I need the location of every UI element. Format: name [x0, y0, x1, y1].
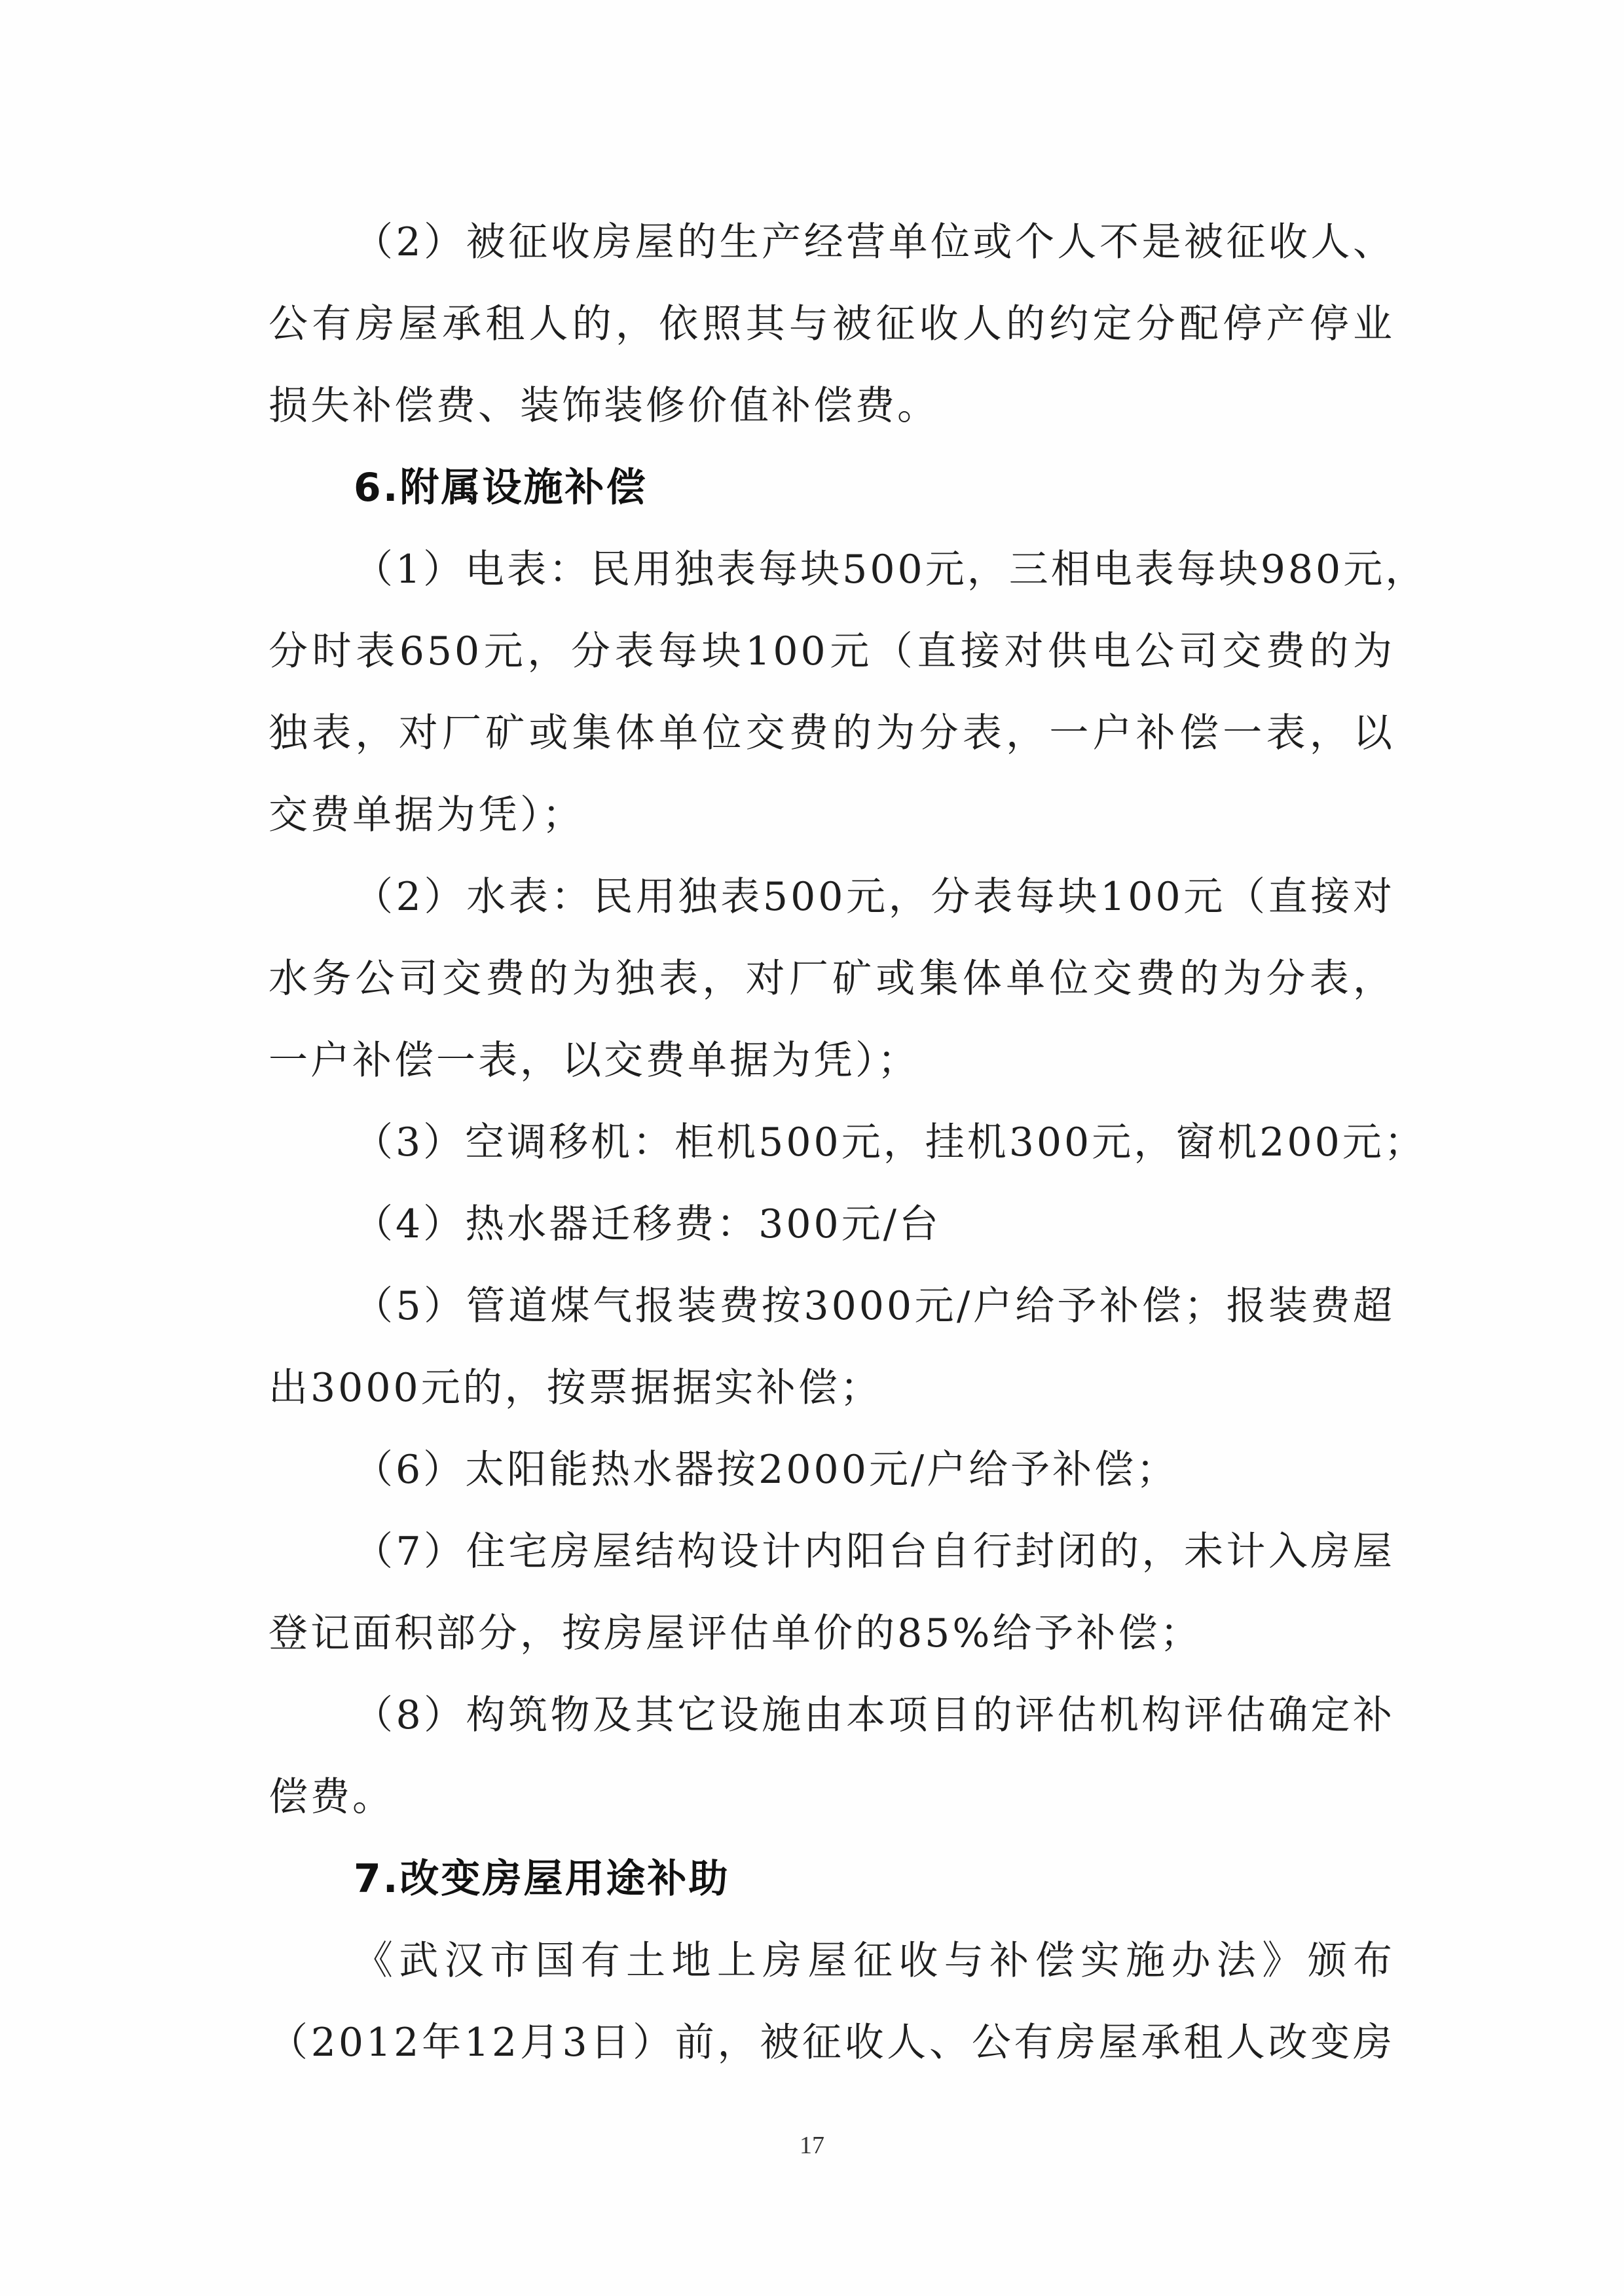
paragraph-line: （5）管道煤气报装费按3000元/户给予补偿；报装费超 — [354, 1277, 1395, 1336]
paragraph-line: （2）水表：民用独表500元，分表每块100元（直接对 — [354, 867, 1395, 926]
section-heading-7: 7.改变房屋用途补助 — [354, 1850, 1395, 1908]
document-page: （2）被征收房屋的生产经营单位或个人不是被征收人、 公有房屋承租人的，依照其与被… — [0, 0, 1624, 2296]
paragraph-line: 公有房屋承租人的，依照其与被征收人的约定分配停产停业 — [268, 295, 1395, 354]
paragraph-line: （2012年12月3日）前，被征收人、公有房屋承租人改变房 — [268, 2013, 1395, 2072]
paragraph-line: （2）被征收房屋的生产经营单位或个人不是被征收人、 — [354, 213, 1395, 272]
paragraph-line: （8）构筑物及其它设施由本项目的评估机构评估确定补 — [354, 1686, 1395, 1745]
paragraph-line: 出3000元的，按票据据实补偿； — [268, 1358, 1395, 1417]
paragraph-line: 一户补偿一表，以交费单据为凭）； — [268, 1031, 1395, 1090]
paragraph-line: 偿费。 — [268, 1768, 1395, 1827]
paragraph-line: 损失补偿费、装饰装修价值补偿费。 — [268, 376, 1395, 435]
section-heading-6: 6.附属设施补偿 — [354, 458, 1395, 517]
paragraph-line: 分时表650元，分表每块100元（直接对供电公司交费的为 — [268, 622, 1395, 681]
paragraph-line: （6）太阳能热水器按2000元/户给予补偿； — [354, 1440, 1395, 1499]
paragraph-line: 交费单据为凭）； — [268, 786, 1395, 845]
paragraph-line: （4）热水器迁移费：300元/台 — [354, 1195, 1395, 1254]
paragraph-line: 《武汉市国有土地上房屋征收与补偿实施办法》颁布 — [354, 1931, 1395, 1990]
paragraph-line: 水务公司交费的为独表，对厂矿或集体单位交费的为分表， — [268, 949, 1395, 1008]
paragraph-line: （3）空调移机：柜机500元，挂机300元，窗机200元； — [354, 1113, 1395, 1172]
paragraph-line: 登记面积部分，按房屋评估单价的85%给予补偿； — [268, 1604, 1395, 1663]
paragraph-line: 独表，对厂矿或集体单位交费的为分表，一户补偿一表，以 — [268, 704, 1395, 763]
paragraph-line: （7）住宅房屋结构设计内阳台自行封闭的，未计入房屋 — [354, 1522, 1395, 1581]
page-number: 17 — [779, 2131, 845, 2160]
paragraph-line: （1）电表：民用独表每块500元，三相电表每块980元， — [354, 540, 1395, 599]
